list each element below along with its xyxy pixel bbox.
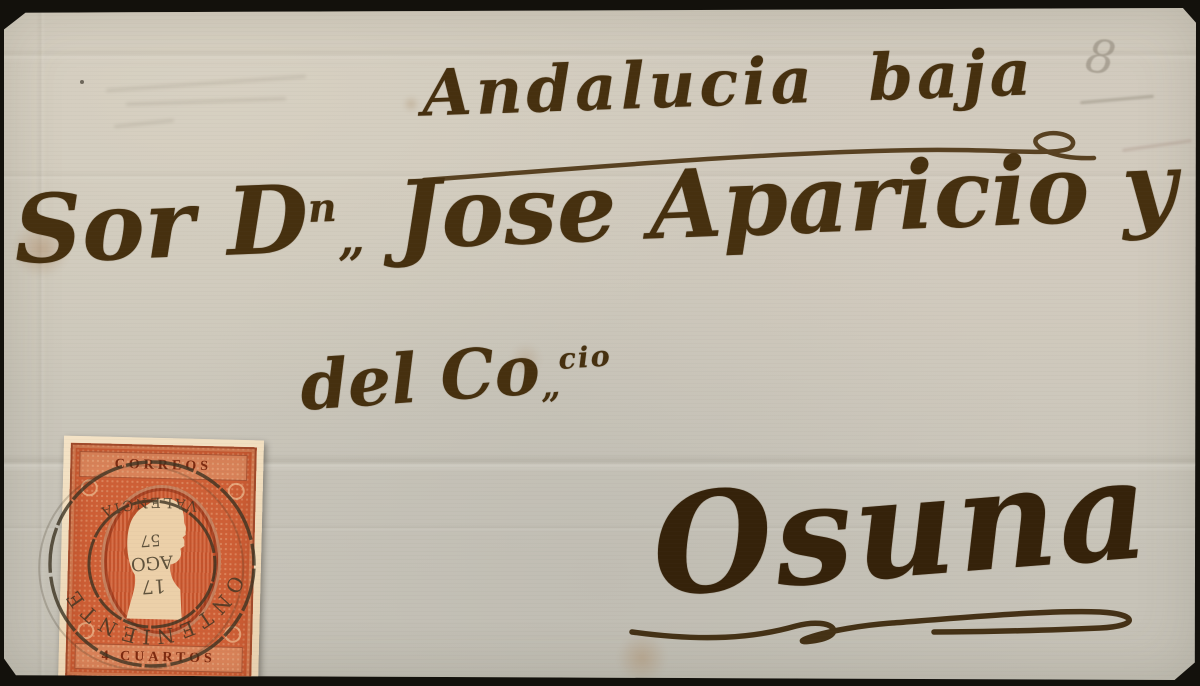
stamp-inscription-bottom-band: 4 CUARTOS (74, 643, 243, 673)
occupation-main: del Co (298, 330, 543, 427)
stamp-inscription-top: CORREOS (115, 457, 213, 475)
abbreviation-marks: „ (337, 211, 366, 267)
pencil-smudge (96, 60, 346, 148)
pencil-mark: 8 (1082, 28, 1119, 86)
letter-cover: 8 Andalucia baja Sor Dn„ Jose Aparicio y… (4, 8, 1196, 680)
stain (616, 634, 668, 682)
stamp-corner-ornament (224, 626, 241, 643)
occupation-superscript: cio (557, 338, 613, 376)
stamp-corner-ornament (81, 479, 98, 496)
postage-stamp: CORREOS 4 CUARTOS (58, 436, 264, 686)
queen-profile-icon (104, 487, 218, 636)
addressee-prefix: Sor D (12, 165, 310, 286)
photograph-frame: 8 Andalucia baja Sor Dn„ Jose Aparicio y… (0, 0, 1200, 686)
stamp-corner-ornament (228, 483, 245, 500)
stamp-corner-ornament (77, 622, 94, 639)
stamp-inscription-top-band: CORREOS (79, 451, 248, 481)
stamp-body: CORREOS 4 CUARTOS (65, 443, 257, 681)
stain (402, 96, 420, 112)
addressee-superscript: n (307, 185, 337, 232)
paper-speck (80, 80, 84, 84)
stamp-inscription-bottom: 4 CUARTOS (101, 649, 216, 668)
fold-crease-vertical (36, 8, 46, 680)
pencil-stroke (1080, 95, 1154, 104)
stamp-center-oval (99, 484, 223, 639)
destination-line: Osuna (646, 427, 1155, 629)
addressee-name: Jose Aparicio y Lopez (362, 118, 1200, 272)
region-line: Andalucia baja (421, 35, 1036, 131)
occupation-line: del Co„cio (298, 325, 615, 427)
